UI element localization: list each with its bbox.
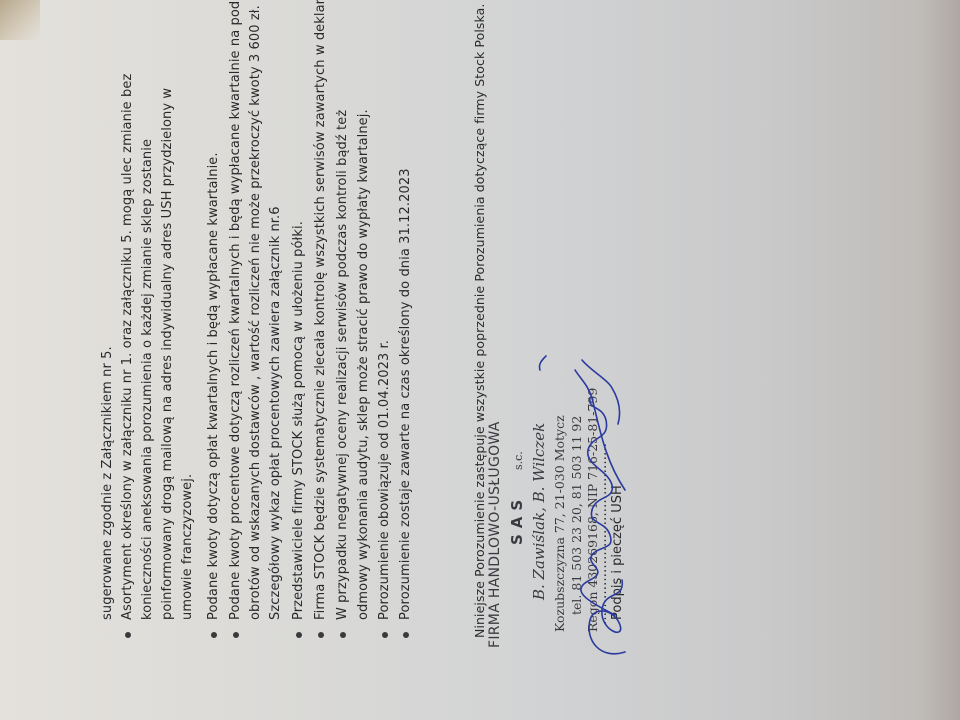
document-page: sugerowane zgodnie z Załącznikiem nr 5. … xyxy=(90,0,650,720)
stamp-firm-name: SAS xyxy=(508,494,526,545)
list-item: Asortyment określony w załączniku nr 1. … xyxy=(120,74,136,620)
list-item: Firma STOCK będzie systematycznie zlecał… xyxy=(313,0,329,620)
bullet-dot xyxy=(125,632,131,638)
bullet-dot xyxy=(211,632,217,638)
bullet-dot xyxy=(382,632,388,638)
list-item: konieczności aneksowania porozumienia o … xyxy=(140,139,156,620)
bullet-dot xyxy=(233,632,239,638)
list-item: Szczegółowy wykaz opłat procentowych zaw… xyxy=(268,206,284,620)
list-item: poinformowany drogą mailową na adres ind… xyxy=(160,88,176,620)
bullet-dot xyxy=(403,632,409,638)
stamp-firm-type: FIRMA HANDLOWO-USŁUGOWA xyxy=(487,421,503,648)
handwritten-signature xyxy=(530,350,640,660)
list-item: umowie franczyzowej. xyxy=(180,474,196,620)
list-item: odmowy wykonania audytu, sklep może stra… xyxy=(356,109,372,620)
list-item: Przedstawiciele firmy STOCK służą pomocą… xyxy=(291,221,307,620)
list-item: Porozumienie obowiązuje od 01.04.2023 r. xyxy=(377,340,393,620)
stamp-firm-suffix: s.c. xyxy=(512,451,525,470)
bullet-dot xyxy=(318,632,324,638)
closing-statement: Niniejsze Porozumienie zastępuje wszystk… xyxy=(472,4,488,638)
bullet-dot xyxy=(296,632,302,638)
list-item: sugerowane zgodnie z Załącznikiem nr 5. xyxy=(100,346,116,620)
list-item: obrotów od wskazanych dostawców , wartoś… xyxy=(248,0,264,620)
photo-shadow xyxy=(0,0,40,40)
photo-edge-shadow xyxy=(920,0,960,720)
bullet-dot xyxy=(340,632,346,638)
list-item: Podane kwoty procentowe dotyczą rozlicze… xyxy=(228,0,244,620)
list-item: W przypadku negatywnej oceny realizacji … xyxy=(335,110,351,620)
list-item: Podane kwoty dotyczą opłat kwartalnych i… xyxy=(206,152,222,620)
list-item: Porozumienie zostaje zawarte na czas okr… xyxy=(398,168,414,620)
